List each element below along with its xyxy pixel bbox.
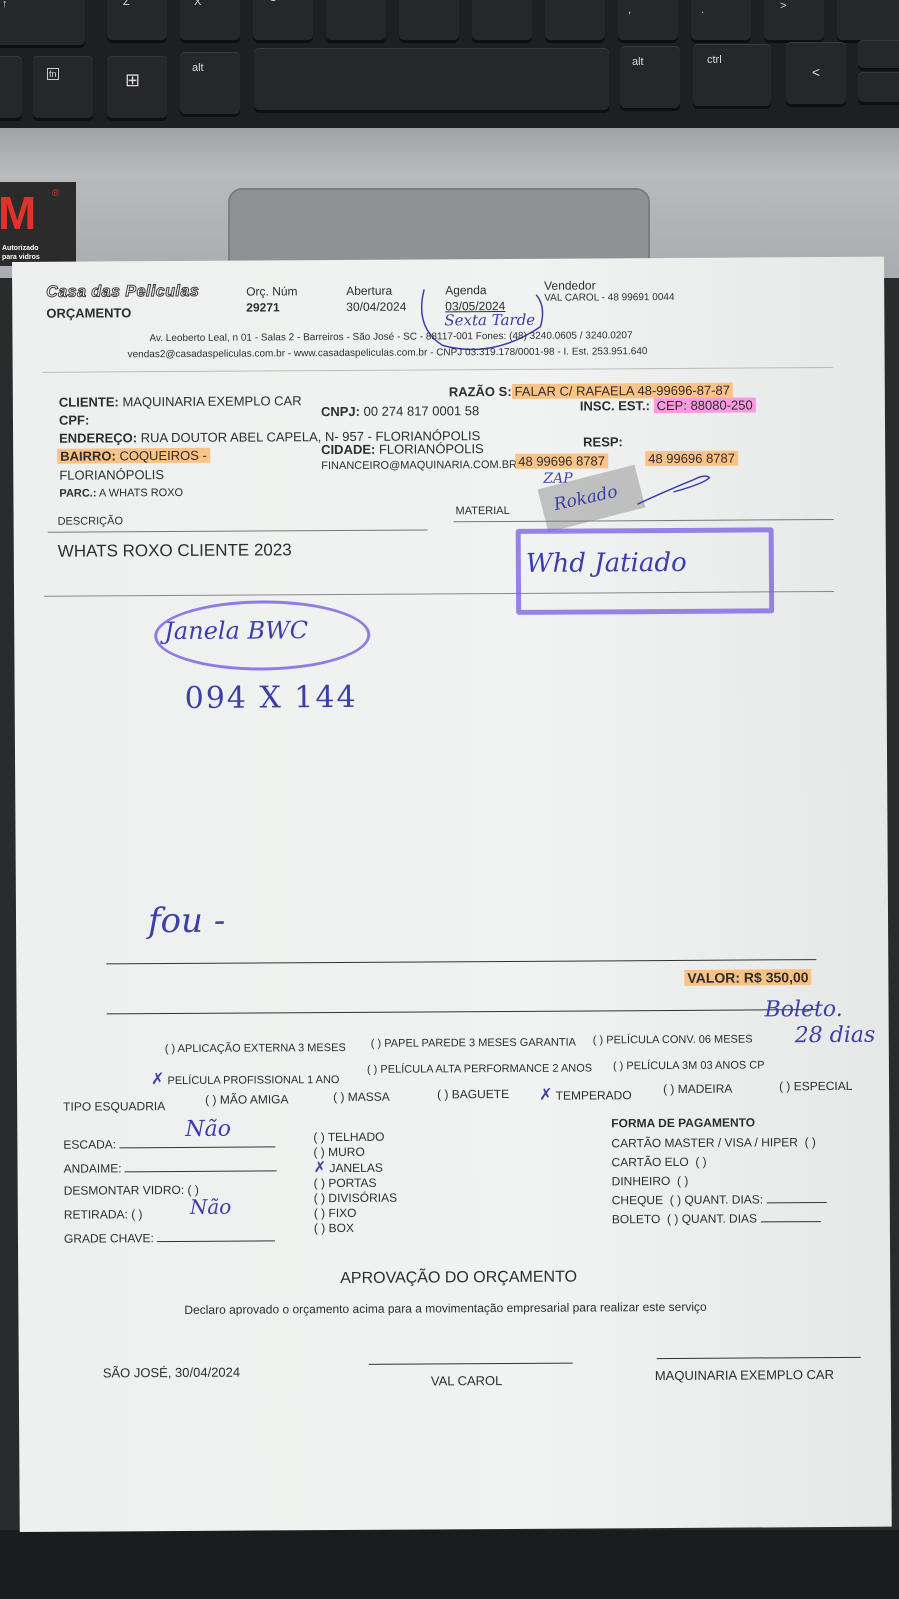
desmontar-field[interactable]: DESMONTAR VIDRO: ( ) <box>64 1183 199 1198</box>
key-label: ctrl <box>707 54 722 66</box>
key-label: , <box>628 4 631 16</box>
place-date: SÃO JOSÉ, 30/04/2024 <box>103 1365 240 1381</box>
key-shift-right <box>837 0 899 40</box>
valor-label: VALOR: <box>687 970 740 986</box>
key-n <box>472 0 532 40</box>
esquadria-mao-amiga[interactable]: ( ) MÃO AMIGA <box>205 1092 288 1107</box>
local-label: JANELAS <box>329 1161 382 1175</box>
key-x: X <box>180 0 240 40</box>
client-signature-name: MAQUINARIA EXEMPLO CAR <box>655 1367 834 1383</box>
bairro-label: BAIRRO: <box>60 448 116 463</box>
service-pelicula-profissional[interactable]: ✗ PELÍCULA PROFISSIONAL 1 ANO <box>151 1068 340 1088</box>
valor-field: VALOR: R$ 350,00 <box>684 969 811 986</box>
company-contact: vendas2@casadaspeliculas.com.br - www.ca… <box>128 346 648 360</box>
key-z: Z <box>107 0 167 40</box>
key-alt-left: alt <box>180 52 240 114</box>
razao-field: RAZÃO S:FALAR C/ RAFAELA 48-99696-87-87 <box>449 383 733 400</box>
boleto-dias-line <box>760 1221 820 1222</box>
handwritten-note: fou - <box>148 901 225 941</box>
escada-label: ESCADA: <box>63 1137 116 1151</box>
key-label: C <box>269 0 277 4</box>
parc-value: A WHATS ROXO <box>99 487 183 500</box>
bairro-field: BAIRRO: COQUEIROS - <box>57 448 210 464</box>
service-label: PELÍCULA 3M 03 ANOS CP <box>626 1059 764 1072</box>
cidade-value: FLORIANÓPOLIS <box>379 441 484 457</box>
esquadria-especial[interactable]: ( ) ESPECIAL <box>779 1079 852 1093</box>
grade-chave-line <box>157 1240 275 1242</box>
sticker-line-1: Autorizado <box>2 245 39 252</box>
material-underline <box>454 519 834 522</box>
service-label: PELÍCULA PROFISSIONAL 1 ANO <box>167 1074 339 1087</box>
checkbox: ( ) <box>695 1155 706 1169</box>
service-alta-performance[interactable]: ( ) PELÍCULA ALTA PERFORMANCE 2 ANOS <box>367 1062 592 1075</box>
desk-surface <box>0 1530 899 1599</box>
payment-note-1: Boleto. <box>765 997 843 1022</box>
bairro-value: COQUEIROS - <box>119 448 206 464</box>
checked-x-icon: ✗ <box>313 1159 326 1176</box>
grade-chave-label: GRADE CHAVE: <box>64 1231 154 1246</box>
descricao-underline <box>48 529 428 532</box>
windows-icon: ⊞ <box>125 70 140 91</box>
key-arrow-down <box>858 72 899 102</box>
key-windows: ⊞ <box>107 56 167 118</box>
seller-signature-line <box>369 1363 573 1365</box>
vendedor-label: Vendedor <box>544 278 595 292</box>
service-label: PELÍCULA CONV. 06 MESES <box>606 1033 752 1046</box>
service-3m[interactable]: ( ) PELÍCULA 3M 03 ANOS CP <box>613 1059 765 1072</box>
key-label: ↑ <box>2 0 8 10</box>
window-measure: 094 X 144 <box>185 680 358 716</box>
checkbox: ( ) <box>667 1212 678 1226</box>
boleto-dias-label: QUANT. DIAS <box>682 1211 757 1225</box>
quote-document: Casa das Peliculas ORÇAMENTO Orç. Núm 29… <box>12 257 892 1532</box>
esquadria-label: TIPO ESQUADRIA <box>63 1099 165 1114</box>
key-c: C <box>253 0 313 40</box>
phone-2: 48 99696 8787 <box>645 451 738 467</box>
header-divider <box>43 367 833 373</box>
retirada-label: RETIRADA: <box>64 1207 128 1221</box>
seller-signature-name: VAL CAROL <box>431 1373 503 1388</box>
local-muro[interactable]: ( ) MURO <box>313 1145 396 1161</box>
key-period: . <box>691 0 751 40</box>
arrow-left-icon: < <box>812 64 820 80</box>
abertura-date: 30/04/2024 <box>346 300 406 314</box>
local-label: PORTAS <box>328 1176 376 1190</box>
payment-label: DINHEIRO <box>612 1174 671 1188</box>
payment-label: BOLETO <box>612 1212 661 1226</box>
key-slash: > <box>764 0 824 40</box>
descricao-label: DESCRIÇÃO <box>58 515 123 527</box>
key-m <box>545 0 605 40</box>
checkbox: ( ) <box>670 1193 681 1207</box>
key-label: > <box>780 0 786 12</box>
insc-value: CEP: 88080-250 <box>654 397 756 413</box>
service-label: APLICAÇÃO EXTERNA 3 MESES <box>178 1042 346 1055</box>
brand-logo: Casa das Peliculas <box>46 283 199 302</box>
material-label: MATERIAL <box>455 505 509 517</box>
fn-icon: fn <box>47 68 59 80</box>
local-divisorias[interactable]: ( ) DIVISÓRIAS <box>314 1191 397 1207</box>
service-label: PELÍCULA ALTA PERFORMANCE 2 ANOS <box>380 1062 592 1075</box>
cnpj-value: 00 274 817 0001 58 <box>364 403 480 419</box>
service-label: PAPEL PAREDE 3 MESES GARANTIA <box>384 1037 576 1050</box>
desmontar-label: DESMONTAR VIDRO: <box>64 1183 185 1198</box>
sticker-line-2: para vidros <box>2 254 40 261</box>
resp-label: RESP: <box>583 434 623 449</box>
key-ctrl-left <box>0 56 22 118</box>
payment-cheque[interactable]: CHEQUE ( ) QUANT. DIAS: <box>612 1190 827 1210</box>
descricao-value: WHATS ROXO CLIENTE 2023 <box>58 540 292 561</box>
checkbox: ( ) <box>805 1135 816 1149</box>
payment-label: CARTÃO MASTER / VISA / HIPER <box>611 1135 798 1150</box>
local-janelas[interactable]: ✗ JANELAS <box>313 1160 396 1177</box>
local-fixo[interactable]: ( ) FIXO <box>314 1206 397 1222</box>
key-b <box>399 0 459 40</box>
local-label: DIVISÓRIAS <box>328 1191 397 1205</box>
company-address: Av. Leoberto Leal, n 01 - Salas 2 - Barr… <box>149 330 632 344</box>
orc-number: 29271 <box>246 300 279 314</box>
bairro-continuation: FLORIANÓPOLIS <box>59 467 164 483</box>
key-v <box>326 0 386 40</box>
abertura-label: Abertura <box>346 284 392 298</box>
valor-value: R$ 350,00 <box>744 969 809 985</box>
grade-chave-field[interactable]: GRADE CHAVE: <box>64 1230 275 1245</box>
checked-x-icon: ✗ <box>151 1069 165 1088</box>
andaime-line <box>125 1170 277 1172</box>
option-label: TEMPERADO <box>556 1088 632 1102</box>
service-pelicula-conv[interactable]: ( ) PELÍCULA CONV. 06 MESES <box>593 1033 753 1046</box>
3m-sticker: M ® Autorizadopara vidros <box>0 182 76 266</box>
razao-label: RAZÃO S: <box>449 384 512 399</box>
local-telhado[interactable]: ( ) TELHADO <box>313 1130 396 1146</box>
payment-note-2: 28 dias <box>795 1023 876 1048</box>
stamp-note: ZAP <box>543 471 572 487</box>
payment-dinheiro[interactable]: DINHEIRO ( ) <box>612 1171 827 1191</box>
vendedor-value: VAL CAROL - 48 99691 0044 <box>544 292 674 304</box>
cheque-dias-line <box>766 1202 826 1203</box>
local-label: MURO <box>328 1145 365 1159</box>
key-fn: fn <box>33 56 93 118</box>
checkbox: ( ) <box>677 1174 688 1188</box>
option-label: ESPECIAL <box>794 1079 853 1093</box>
esquadria-baguete[interactable]: ( ) BAGUETE <box>437 1087 509 1101</box>
local-label: FIXO <box>328 1206 356 1220</box>
parc-label: PARC.: <box>59 487 96 499</box>
key-label: . <box>701 4 704 16</box>
approval-statement: Declaro aprovado o orçamento acima para … <box>184 1300 706 1317</box>
key-arrow-up <box>858 40 899 68</box>
option-label: MADEIRA <box>678 1082 733 1096</box>
cliente-value: MAQUINARIA EXEMPLO CAR <box>122 393 301 409</box>
registered-icon: ® <box>52 188 59 199</box>
option-label: MASSA <box>348 1090 390 1104</box>
andaime-field[interactable]: ANDAIME: <box>63 1160 276 1175</box>
key-alt-right: alt <box>620 46 680 108</box>
pen-scribble <box>633 470 713 510</box>
razao-value: FALAR C/ RAFAELA 48-99696-87-87 <box>512 383 733 399</box>
key-ctrl-right: ctrl <box>693 44 771 106</box>
cliente-field: CLIENTE: MAQUINARIA EXEMPLO CAR <box>59 393 302 409</box>
valor-bottom-line <box>107 1009 817 1014</box>
local-box[interactable]: ( ) BOX <box>314 1221 397 1237</box>
escada-line <box>119 1146 275 1148</box>
approval-title: APROVAÇÃO DO ORÇAMENTO <box>340 1269 577 1288</box>
locais-list: ( ) TELHADO ( ) MURO ✗ JANELAS ( ) PORTA… <box>313 1130 397 1237</box>
client-email: FINANCEIRO@MAQUINARIA.COM.BR <box>321 459 517 472</box>
payment-boleto[interactable]: BOLETO ( ) QUANT. DIAS <box>612 1209 827 1229</box>
laptop-keyboard: ↑ Z X C , . > fn ⊞ alt alt ctrl < <box>0 0 899 140</box>
valor-top-line <box>106 959 816 964</box>
key-label: X <box>194 0 201 8</box>
client-signature-line <box>657 1357 861 1359</box>
local-label: TELHADO <box>328 1130 385 1144</box>
payment-options: CARTÃO MASTER / VISA / HIPER ( ) CARTÃO … <box>611 1133 826 1229</box>
parc-field: PARC.: A WHATS ROXO <box>59 487 183 500</box>
service-papel-parede[interactable]: ( ) PAPEL PAREDE 3 MESES GARANTIA <box>371 1037 576 1050</box>
key-label: alt <box>192 62 204 74</box>
retirada-field[interactable]: RETIRADA: ( ) <box>64 1207 143 1221</box>
orc-label: Orç. Núm <box>246 284 297 298</box>
key-comma: , <box>618 0 678 40</box>
payment-cartao[interactable]: CARTÃO MASTER / VISA / HIPER ( ) <box>611 1133 826 1153</box>
endereco-label: ENDEREÇO: <box>59 430 137 445</box>
sticker-text: Autorizadopara vidros <box>2 244 40 262</box>
cliente-label: CLIENTE: <box>59 394 119 409</box>
service-aplicacao-externa[interactable]: ( ) APLICAÇÃO EXTERNA 3 MESES <box>165 1042 346 1055</box>
insc-label: INSC. EST.: <box>580 398 650 413</box>
esquadria-temperado[interactable]: ✗ TEMPERADO <box>539 1084 632 1105</box>
circled-note: Janela BWC <box>164 616 308 645</box>
escada-field[interactable]: ESCADA: <box>63 1136 275 1151</box>
option-label: BAGUETE <box>452 1087 509 1101</box>
payment-title: FORMA DE PAGAMENTO <box>611 1115 755 1130</box>
payment-label: CHEQUE <box>612 1193 663 1207</box>
3m-logo: M <box>0 186 36 240</box>
marker-box-handwriting: Whd Jatiado <box>526 548 687 579</box>
checked-x-icon: ✗ <box>539 1087 553 1104</box>
option-label: MÃO AMIGA <box>220 1092 289 1106</box>
key-space <box>254 48 609 110</box>
insc-field: INSC. EST.: CEP: 88080-250 <box>580 397 756 413</box>
andaime-label: ANDAIME: <box>63 1161 121 1175</box>
local-label: BOX <box>329 1221 354 1235</box>
doc-type: ORÇAMENTO <box>46 305 131 321</box>
phone-1: 48 99696 8787 <box>515 453 608 469</box>
cpf-label: CPF: <box>59 413 89 428</box>
cnpj-field: CNPJ: 00 274 817 0001 58 <box>321 403 479 419</box>
cidade-field: CIDADE: FLORIANÓPOLIS <box>321 441 484 457</box>
esquadria-massa[interactable]: ( ) MASSA <box>333 1090 390 1104</box>
esquadria-madeira[interactable]: ( ) MADEIRA <box>663 1082 732 1096</box>
payment-elo[interactable]: CARTÃO ELO ( ) <box>611 1152 826 1172</box>
key-shift: ↑ <box>0 0 85 45</box>
key-arrow-left: < <box>786 42 846 104</box>
local-portas[interactable]: ( ) PORTAS <box>314 1176 397 1192</box>
payment-label: CARTÃO ELO <box>611 1155 688 1169</box>
key-label: Z <box>123 0 130 8</box>
escada-handwriting: Não <box>185 1117 231 1142</box>
cidade-label: CIDADE: <box>321 442 375 457</box>
cheque-dias-label: QUANT. DIAS: <box>684 1192 763 1206</box>
retirada-handwriting: Não <box>190 1195 232 1219</box>
cnpj-label: CNPJ: <box>321 404 360 419</box>
key-label: alt <box>632 56 644 68</box>
